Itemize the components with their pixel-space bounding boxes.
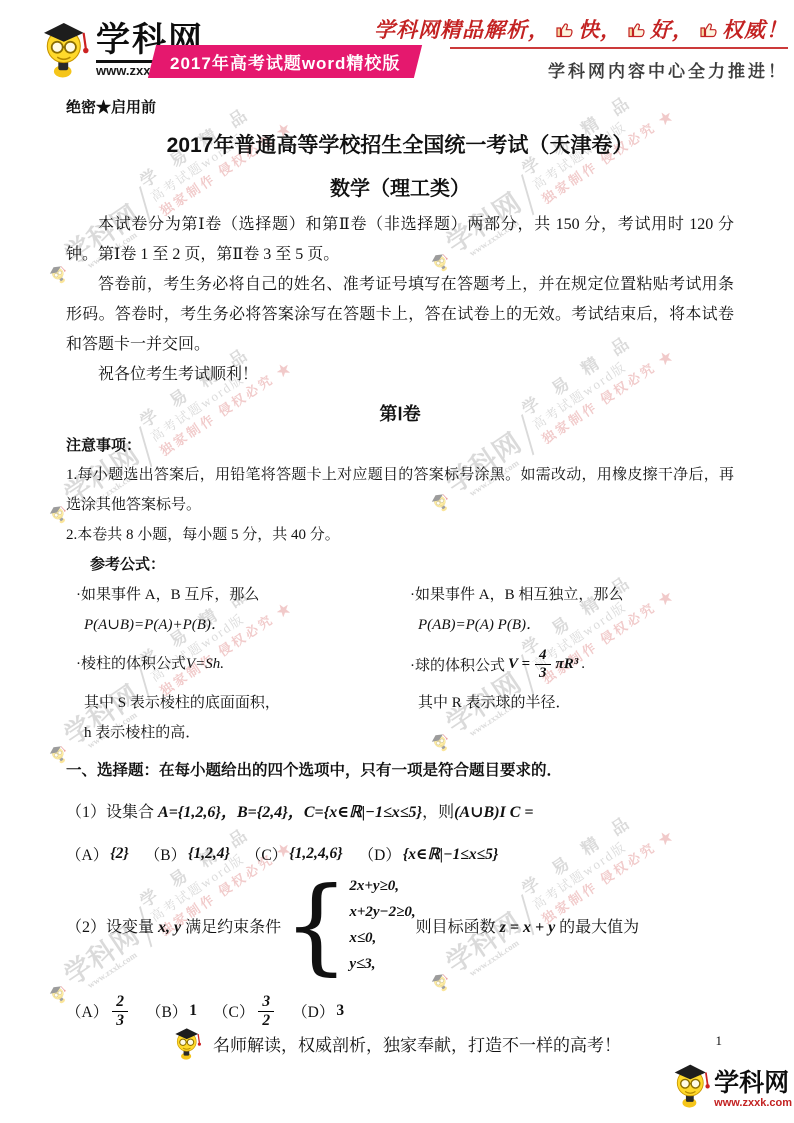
formula-left-4: 其中 S 表示棱柱的底面面积， [66, 688, 400, 718]
intro-paragraph: 本试卷分为第Ⅰ卷（选择题）和第Ⅱ卷（非选择题）两部分，共 150 分，考试用时 … [66, 210, 734, 270]
corner-logo: 学科网 www.zxxk.com [672, 1056, 792, 1113]
intro-paragraph: 答卷前，考生务必将自己的姓名、准考证号填写在答题考上，并在规定位置粘贴考试用条形… [66, 270, 734, 360]
formula-left-3: ·棱柱的体积公式 V=Sh. [66, 640, 400, 688]
thumb-up-icon [552, 17, 576, 42]
formula-right-1: ·如果事件 A，B 相互独立，那么 [400, 580, 734, 610]
formula-left-3-math: V=Sh. [186, 649, 224, 679]
q2-suffix: 则目标函数 z = x + y 的最大值为 [416, 914, 640, 937]
exam-body: 绝密★启用前 2017年普通高等学校招生全国统一考试（天津卷） 数学（理工类） … [66, 96, 734, 1029]
constraint-line: x≤0, [349, 925, 415, 951]
option-value: {1,2,4} [188, 845, 230, 863]
constraint-system: 2x+y≥0, x+2y−2≥0, x≤0, y≤3, [349, 873, 415, 977]
formula-left-1: ·如果事件 A，B 互斥，那么 [66, 580, 400, 610]
q2-mid: 满足约束条件 [181, 919, 281, 936]
slogan-item-fast: 快， [578, 14, 622, 44]
formula-left-3-label: ·棱柱的体积公式 [76, 649, 186, 679]
question-1-stem: （1）设集合 A={1,2,6}，B={2,4}，C={x∈ℝ|−1≤x≤5}，… [66, 798, 734, 828]
q1-option-c: （C）{1,2,4,6} [246, 843, 343, 865]
q2-option-d: （D）3 [292, 1000, 344, 1022]
banner-label: 2017年高考试题word精校版 [170, 49, 400, 74]
reference-formulas: ·如果事件 A，B 互斥，那么 ·如果事件 A，B 相互独立，那么 P(A∪B)… [66, 580, 734, 748]
option-value: {x∈ℝ|−1≤x≤5} [403, 844, 498, 864]
q2-variables: x, y [158, 919, 181, 936]
formula-right-3-lhs: V = [508, 656, 530, 673]
option-value: {1,2,4,6} [289, 845, 342, 863]
fraction-denominator: 3 [535, 665, 551, 682]
option-label: （A） [66, 843, 108, 865]
q1-option-d: （D）{x∈ℝ|−1≤x≤5} [359, 843, 499, 865]
q1-prefix: （1）设集合 [66, 804, 158, 821]
q1-option-a: （A）{2} [66, 843, 129, 865]
corner-logo-text: 学科网 www.zxxk.com [714, 1071, 792, 1113]
q1-option-b: （B）{1,2,4} [145, 843, 230, 865]
q1-math-sets: A={1,2,6}，B={2,4}，C={x∈ℝ|−1≤x≤5} [158, 804, 422, 821]
slogan-subline: 学科网内容中心全力推进！ [374, 57, 788, 82]
zxxk-mascot-icon [40, 12, 92, 83]
constraint-line: 2x+y≥0, [349, 873, 415, 899]
thumb-up-icon [696, 17, 720, 42]
option-value: 1 [189, 1002, 197, 1020]
page-number: 1 [716, 1033, 723, 1049]
intro-paragraph: 祝各位考生考试顺利！ [66, 360, 734, 390]
constraint-line: y≤3, [349, 951, 415, 977]
corner-site-name: 学科网 [714, 1071, 792, 1096]
constraint-line: x+2y−2≥0, [349, 899, 415, 925]
thumb-up-icon [624, 17, 648, 42]
notes-heading: 注意事项： [66, 432, 734, 460]
formula-right-4: 其中 R 表示球的半径． [400, 688, 734, 718]
option-value: {2} [110, 845, 129, 863]
fraction-numerator: 4 [535, 647, 551, 666]
q1-math-expression: (A∪B)I C = [454, 804, 533, 821]
formula-left-5: h 表示棱柱的高． [66, 718, 400, 748]
formula-right-3-label: ·球的体积公式 [410, 654, 505, 675]
option-label: （B） [145, 843, 186, 865]
option-label: （C） [213, 1000, 254, 1022]
formula-right-2: P(AB)=P(A) P(B)． [400, 610, 734, 640]
exam-title: 2017年普通高等学校招生全国统一考试（天津卷） [66, 129, 734, 159]
choice-section-heading: 一、选择题：在每小题给出的四个选项中，只有一项是符合题目要求的． [66, 756, 734, 786]
q1-mid: ，则 [422, 804, 454, 821]
formula-right-5-empty [400, 718, 734, 748]
fraction-numerator: 3 [258, 993, 274, 1012]
q2-prefix-text: （2）设变量 [66, 919, 158, 936]
slogan-item-authority: 权威！ [722, 14, 788, 44]
site-header: 学科网 www.zxxk.com 2017年高考试题word精校版 学科网精品解… [0, 0, 794, 96]
system-brace: { [283, 881, 349, 969]
question-2-stem: （2）设变量 x, y 满足约束条件 { 2x+y≥0, x+2y−2≥0, x… [66, 873, 734, 977]
intro-paragraphs: 本试卷分为第Ⅰ卷（选择题）和第Ⅱ卷（非选择题）两部分，共 150 分，考试用时 … [66, 210, 734, 390]
option-label: （A） [66, 1000, 108, 1022]
fraction: 4 3 [535, 647, 551, 682]
q2-prefix: （2）设变量 x, y 满足约束条件 [66, 914, 281, 937]
corner-mascot-icon [672, 1056, 712, 1113]
slogan-underline [450, 47, 788, 49]
slogan-script-line: 学科网精品解析， 快， 好， 权威！ [374, 14, 788, 44]
formula-left-2: P(A∪B)=P(A)+P(B)． [66, 610, 400, 640]
formula-right-3-period: . [581, 656, 585, 673]
option-label: （D） [359, 843, 401, 865]
slogan-lead: 学科网精品解析， [374, 14, 550, 44]
fraction-numerator: 2 [112, 993, 128, 1012]
option-label: （B） [146, 1000, 187, 1022]
option-label: （C） [246, 843, 287, 865]
question-1-options: （A）{2} （B）{1,2,4} （C）{1,2,4,6} （D）{x∈ℝ|−… [66, 843, 734, 865]
exam-page: 学科网 www.zxxk.com 学 易 精 品 高考试题word版 独家制作 … [0, 0, 794, 1123]
q2-suffix-text1: 则目标函数 [416, 919, 500, 936]
option-label: （D） [292, 1000, 334, 1022]
q2-objective: z = x + y [500, 919, 556, 936]
slogan-item-good: 好， [650, 14, 694, 44]
note-item: 2.本卷共 8 小题，每小题 5 分，共 40 分。 [66, 520, 734, 550]
note-item: 1.每小题选出答案后，用铅笔将答题卡上对应题目的答案标号涂黑。如需改动，用橡皮擦… [66, 460, 734, 520]
q2-option-b: （B）1 [146, 1000, 197, 1022]
section1-title: 第Ⅰ卷 [66, 400, 734, 426]
secrecy-notice: 绝密★启用前 [66, 96, 734, 117]
footer-slogan-text: 名师解读，权威剖析，独家奉献，打造不一样的高考！ [213, 1031, 621, 1056]
formula-right-3-tail: πR³ [556, 656, 579, 673]
formulas-heading: 参考公式： [66, 550, 734, 580]
corner-site-url: www.zxxk.com [714, 1098, 792, 1109]
option-value: 3 [336, 1002, 344, 1020]
q2-suffix-text2: 的最大值为 [555, 919, 639, 936]
exam-subtitle: 数学（理工类） [66, 172, 734, 201]
formula-right-3: ·球的体积公式 V = 4 3 πR³ . [400, 640, 734, 688]
footer-mascot-icon [173, 1022, 203, 1065]
header-slogan-block: 学科网精品解析， 快， 好， 权威！ 学科网内容中心全力推进！ [374, 14, 788, 82]
